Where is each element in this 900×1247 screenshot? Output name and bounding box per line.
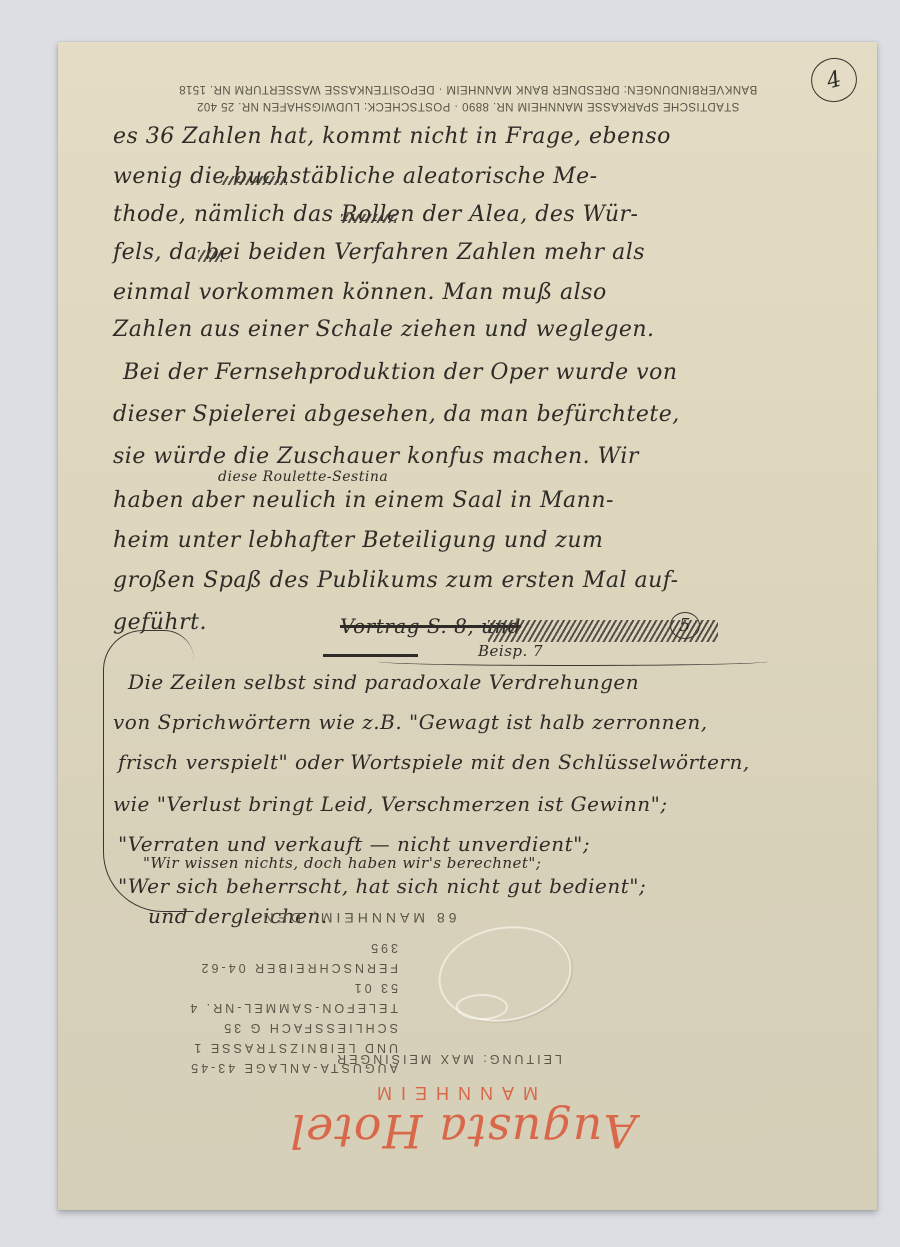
address-line: TELEFON-SAMMEL-NR. 4 53 01 <box>168 978 398 1018</box>
manuscript-line-9: sie würde die Zuschauer konfus machen. W… <box>113 444 639 469</box>
bank-line-2: BANKVERBINDUNGEN: DRESDNER BANK MANNHEIM… <box>143 80 793 97</box>
embossed-seal-logo <box>431 916 579 1032</box>
manuscript-line-1: es 36 Zahlen hat, kommt nicht in Frage, … <box>113 124 671 149</box>
bracketed-line-2: von Sprichwörtern wie z.B. "Gewagt ist h… <box>113 710 708 734</box>
bracketed-line-1: Die Zeilen selbst sind paradoxale Verdre… <box>128 670 639 694</box>
strikethrough-scribble <box>221 176 287 185</box>
embossed-seal-logo-detail <box>456 994 508 1020</box>
manuscript-line-4: fels, da bei beiden Verfahren Zahlen meh… <box>113 240 645 265</box>
address-line: SCHLIESSFACH G 35 <box>168 1018 398 1038</box>
bracketed-line-4: wie "Verlust bringt Leid, Verschmerzen i… <box>113 792 668 816</box>
annotation-circled-number: 5 <box>670 612 700 639</box>
strikethrough-scribble <box>341 214 396 223</box>
page-number-circled: 4 <box>806 53 862 107</box>
city-date-line: 68 MANNHEIM, DEN <box>238 910 478 926</box>
bracketed-line-5: "Verraten und verkauft — nicht unverdien… <box>118 832 590 856</box>
manuscript-line-11: heim unter lebhafter Beteiligung und zum <box>113 528 603 553</box>
letter-page: STÄDTISCHE SPARKASSE MANNHEIM NR. 8890 ·… <box>58 42 877 1210</box>
manuscript-line-7: Bei der Fernsehproduktion der Oper wurde… <box>123 360 678 385</box>
insertion-above: diese Roulette-Sestina <box>218 469 388 485</box>
strikethrough-scribble <box>198 250 222 262</box>
bracketed-line-3: frisch verspielt" oder Wortspiele mit de… <box>118 750 750 774</box>
manuscript-line-12: großen Spaß des Publikums zum ersten Mal… <box>113 568 679 593</box>
bank-line-1: STÄDTISCHE SPARKASSE MANNHEIM NR. 8890 ·… <box>143 97 793 114</box>
hotel-name-logo: Augusta Hotel <box>278 1104 648 1158</box>
manuscript-line-5: einmal vorkommen können. Man muß also <box>113 280 607 305</box>
address-line: FERNSCHREIBER 04-62 395 <box>168 938 398 978</box>
manuscript-line-8: dieser Spielerei abgesehen, da man befür… <box>113 402 680 427</box>
bracketed-insertion: "Wir wissen nichts, doch haben wir's ber… <box>143 854 541 872</box>
hotel-city: MANNHEIM <box>328 1082 578 1103</box>
bracketed-line-6: "Wer sich beherrscht, hat sich nicht gut… <box>118 874 646 898</box>
wavy-underline <box>378 657 768 666</box>
manuscript-line-10: haben aber neulich in einem Saal in Mann… <box>113 488 614 513</box>
manuscript-line-2: wenig die buchstäbliche aleatorische Me- <box>113 164 598 189</box>
manuscript-line-6: Zahlen aus einer Schale ziehen und wegle… <box>113 317 655 342</box>
management-line: LEITUNG: MAX MEISINGER <box>288 1052 608 1066</box>
bank-details-header: STÄDTISCHE SPARKASSE MANNHEIM NR. 8890 ·… <box>143 80 793 114</box>
